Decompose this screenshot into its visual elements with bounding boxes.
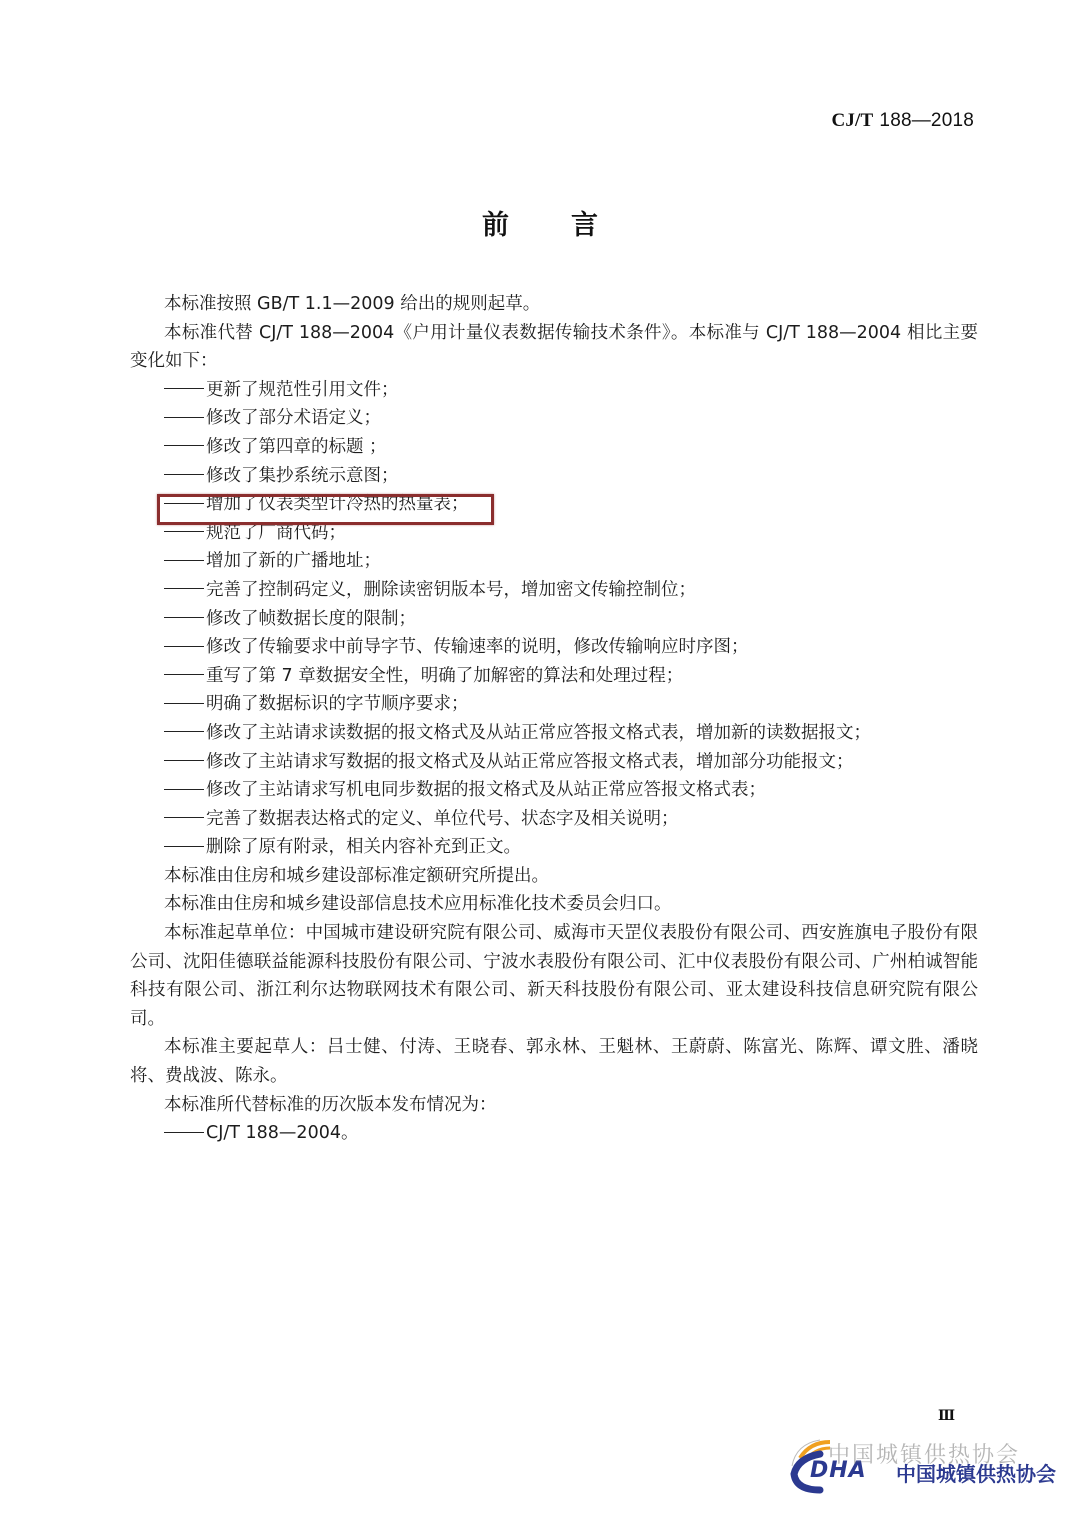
change-item: 删除了原有附录，相关内容补充到正文。 [130, 833, 978, 862]
intro-paragraph: 本标准按照 GB/T 1.1—2009 给出的规则起草。 [130, 290, 978, 319]
document-page: CJ/T188—2018 前言 本标准按照 GB/T 1.1—2009 给出的规… [0, 0, 1080, 1517]
watermark-org-name: 中国城镇供热协会 [896, 1458, 1056, 1487]
dash-bullet [164, 417, 204, 418]
proposer-paragraph: 本标准由住房和城乡建设部标准定额研究所提出。 [130, 862, 978, 891]
change-item: 修改了部分术语定义； [130, 404, 978, 433]
change-item: 修改了主站请求写机电同步数据的报文格式及从站正常应答报文格式表； [130, 776, 978, 805]
dash-bullet [164, 817, 204, 818]
change-item: 修改了主站请求读数据的报文格式及从站正常应答报文格式表，增加新的读数据报文； [130, 719, 978, 748]
page-title: 前言 [0, 203, 1080, 242]
standard-prefix: CJ/T [831, 110, 873, 131]
previous-version-item: CJ/T 188—2004。 [130, 1119, 978, 1148]
dash-bullet [164, 531, 204, 532]
dash-bullet [164, 1132, 204, 1133]
page-number: Ⅲ [938, 1408, 954, 1424]
history-paragraph: 本标准所代替标准的历次版本发布情况为： [130, 1091, 978, 1120]
dash-bullet [164, 703, 204, 704]
dash-bullet [164, 503, 204, 504]
dash-bullet [164, 760, 204, 761]
dash-bullet [164, 731, 204, 732]
change-item: 增加了新的广播地址； [130, 547, 978, 576]
dash-bullet [164, 474, 204, 475]
change-item: 完善了数据表达格式的定义、单位代号、状态字及相关说明； [130, 805, 978, 834]
change-item: 完善了控制码定义，删除读密钥版本号，增加密文传输控制位； [130, 576, 978, 605]
standard-code: CJ/T188—2018 [831, 110, 974, 132]
change-item: 修改了主站请求写数据的报文格式及从站正常应答报文格式表，增加部分功能报文； [130, 748, 978, 777]
cdha-watermark: DHA 中国城镇供热协会 中国城镇供热协会 [786, 1436, 1080, 1496]
drafters-paragraph: 本标准主要起草人：吕士健、付涛、王晓春、郭永林、王魁林、王蔚蔚、陈富光、陈辉、谭… [130, 1033, 978, 1090]
change-item: 修改了传输要求中前导字节、传输速率的说明，修改传输响应时序图； [130, 633, 978, 662]
drafting-units-paragraph: 本标准起草单位：中国城市建设研究院有限公司、威海市天罡仪表股份有限公司、西安旌旗… [130, 919, 978, 1033]
changes-list: 更新了规范性引用文件； 修改了部分术语定义； 修改了第四章的标题 ； 修改了集抄… [130, 376, 978, 862]
dash-bullet [164, 588, 204, 589]
foreword-body: 本标准按照 GB/T 1.1—2009 给出的规则起草。 本标准代替 CJ/T … [130, 290, 978, 1148]
dash-bullet [164, 789, 204, 790]
intro-paragraph: 本标准代替 CJ/T 188—2004《户用计量仪表数据传输技术条件》。本标准与… [130, 319, 978, 376]
change-item: 修改了第四章的标题 ； [130, 433, 978, 462]
change-item: 修改了集抄系统示意图； [130, 462, 978, 491]
change-item: 修改了帧数据长度的限制； [130, 605, 978, 634]
dash-bullet [164, 560, 204, 561]
dash-bullet [164, 846, 204, 847]
dash-bullet [164, 388, 204, 389]
dash-bullet [164, 445, 204, 446]
committee-paragraph: 本标准由住房和城乡建设部信息技术应用标准化技术委员会归口。 [130, 890, 978, 919]
change-item: 重写了第 7 章数据安全性，明确了加解密的算法和处理过程； [130, 662, 978, 691]
change-item: 更新了规范性引用文件； [130, 376, 978, 405]
standard-number: 188—2018 [879, 110, 974, 131]
dash-bullet [164, 674, 204, 675]
dash-bullet [164, 617, 204, 618]
change-item: 规范了厂商代码； [130, 519, 978, 548]
dash-bullet [164, 646, 204, 647]
change-item-highlighted: 增加了仪表类型计冷热的热量表； [130, 490, 978, 519]
change-item: 明确了数据标识的字节顺序要求； [130, 690, 978, 719]
